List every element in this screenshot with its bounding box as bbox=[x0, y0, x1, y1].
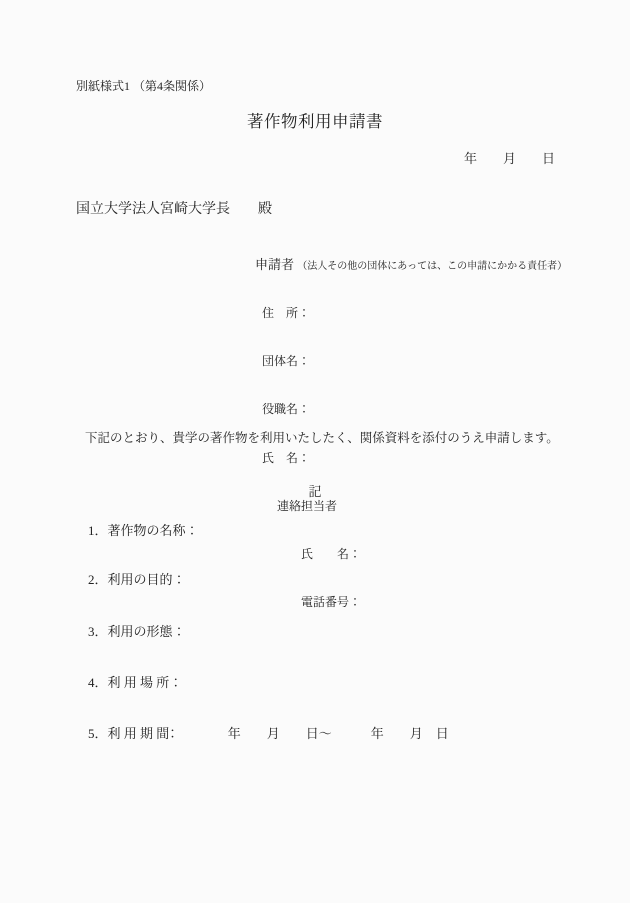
section-marker: 記 bbox=[0, 484, 630, 500]
applicant-fields-block: 住 所： 団体名： 役職名： 氏 名： 連絡担当者 氏 名： 電話番号： bbox=[262, 274, 361, 641]
applicant-note: （法人その他の団体にあっては、この申請にかかる責任者） bbox=[297, 261, 567, 272]
field-label-address: 住 所： bbox=[262, 304, 361, 322]
list-item-purpose: 2．利用の目的： bbox=[88, 572, 186, 588]
page-title: 著作物利用申請書 bbox=[0, 112, 630, 133]
form-number: 別紙様式1 （第4条関係） bbox=[76, 79, 211, 94]
contact-field-name: 氏 名： bbox=[262, 545, 361, 563]
application-form-page: 別紙様式1 （第4条関係） 著作物利用申請書 年 月 日 国立大学法人宮崎大学長… bbox=[0, 0, 630, 903]
applicant-heading: 申請者 （法人その他の団体にあっては、この申請にかかる責任者） bbox=[255, 257, 567, 274]
list-item-work-title: 1．著作物の名称： bbox=[88, 523, 199, 539]
date-field: 年 月 日 bbox=[464, 151, 555, 167]
addressee: 国立大学法人宮崎大学長 殿 bbox=[76, 201, 272, 219]
body-text: 下記のとおり、貴学の著作物を利用いたしたく、関係資料を添付のうえ申請します。 bbox=[85, 431, 559, 447]
list-item-usage-period: 5．利 用 期 間： 年 月 日～ 年 月 日 bbox=[88, 726, 449, 742]
list-item-usage-place: 4．利 用 場 所： bbox=[88, 675, 182, 691]
list-item-usage-form: 3．利用の形態： bbox=[88, 624, 186, 640]
applicant-label: 申請者 bbox=[255, 257, 294, 272]
contact-field-phone: 電話番号： bbox=[262, 593, 361, 611]
field-label-position: 役職名： bbox=[262, 400, 361, 418]
field-label-organization: 団体名： bbox=[262, 352, 361, 370]
field-label-name: 氏 名： bbox=[262, 449, 361, 467]
